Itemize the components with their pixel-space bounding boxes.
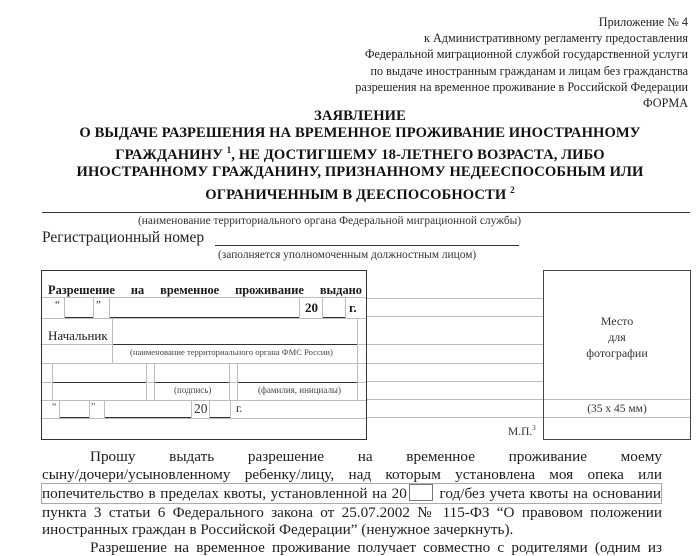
title-text: , НЕ ДОСТИГШЕМУ 18-ЛЕТНЕГО ВОЗРАСТА, ЛИБ…: [231, 147, 604, 163]
registration-number-field[interactable]: [215, 245, 519, 246]
stamp-month-field[interactable]: [105, 401, 191, 418]
year-suffix: г.: [349, 300, 357, 316]
close-quote: ”: [96, 299, 101, 311]
year-prefix: 20: [194, 401, 208, 417]
photo-caption-line: фотографии: [544, 345, 690, 361]
para-line: иностранных граждан в Российской Федерац…: [42, 521, 662, 539]
appendix-line: Приложение № 4: [355, 14, 688, 30]
grid-line: [345, 298, 346, 318]
chief-caption: (наименование территориального органа ФМ…: [130, 347, 333, 357]
signature-caption: (подпись): [174, 385, 211, 395]
appendix-line: по выдаче иностранным гражданам и лицам …: [355, 63, 688, 79]
permit-year-field[interactable]: [323, 298, 345, 318]
title-text: ГРАЖДАНИНУ: [115, 147, 223, 163]
photo-caption-line: Место: [544, 313, 690, 329]
stamp-label: М.П.: [508, 426, 532, 438]
appendix-line: к Административному регламенту предостав…: [355, 30, 688, 46]
grid-line: [367, 417, 543, 418]
photo-caption-line: для: [544, 329, 690, 345]
appendix-line: разрешения на временное проживание в Рос…: [355, 79, 688, 95]
chief-authority-field[interactable]: [113, 319, 357, 343]
para-line: Разрешение на временное проживание получ…: [42, 539, 662, 556]
photo-caption: Место для фотографии: [544, 313, 690, 361]
grid-line: [367, 316, 543, 317]
registration-caption: (заполняется уполномоченным должностным …: [218, 249, 476, 261]
field-underline: [238, 382, 357, 383]
quota-year-field[interactable]: [409, 484, 433, 501]
footnote-ref: 3: [532, 424, 536, 432]
document-title: ЗАЯВЛЕНИЕ О ВЫДАЧЕ РАЗРЕШЕНИЯ НА ВРЕМЕНН…: [30, 108, 690, 204]
grid-line: [42, 418, 366, 419]
grid-line: [191, 400, 192, 418]
title-line: ГРАЖДАНИНУ 1, НЕ ДОСТИГШЕМУ 18-ЛЕТНЕГО В…: [30, 142, 690, 164]
heading-word: на: [131, 283, 144, 298]
authority-caption: (наименование территориального органа Фе…: [138, 215, 521, 227]
heading-word: проживание: [235, 283, 304, 298]
grid-line: [299, 298, 300, 318]
grid-line: [230, 400, 231, 418]
signature-field[interactable]: [155, 364, 229, 382]
grid-line: [93, 298, 94, 318]
para-text: год/без учета квоты на основании: [439, 485, 661, 502]
grid-line: [367, 399, 543, 400]
permit-month-field[interactable]: [110, 298, 299, 318]
grid-line: [367, 363, 543, 364]
permit-day-field[interactable]: [65, 298, 93, 318]
title-line: О ВЫДАЧЕ РАЗРЕШЕНИЯ НА ВРЕМЕННОЕ ПРОЖИВА…: [30, 125, 690, 142]
field-underline: [113, 344, 357, 345]
title-line: ОГРАНИЧЕННЫМ В ДЕЕСПОСОБНОСТИ 2: [30, 182, 690, 204]
para-line: сыну/дочери/усыновленному ребенку/лицу, …: [42, 466, 662, 484]
stamp-place-label: М.П.3: [508, 424, 536, 438]
close-quote: ”: [91, 402, 95, 413]
heading-word: выдано: [320, 283, 362, 298]
stamp-day-field[interactable]: [60, 401, 89, 418]
grid-line: [367, 344, 543, 345]
grid-line: [544, 399, 690, 400]
title-line: ЗАЯВЛЕНИЕ: [30, 108, 690, 125]
field-underline: [155, 382, 229, 383]
open-quote: “: [52, 402, 56, 413]
appendix-line: Федеральной миграционной службой государ…: [355, 46, 688, 62]
para-line: пункта 3 статьи 6 Федерального закона от…: [42, 504, 662, 522]
field-underline: [53, 382, 146, 383]
grid-line: [367, 381, 543, 382]
authority-field[interactable]: [42, 212, 690, 213]
year-suffix: г.: [236, 403, 242, 415]
year-prefix: 20: [305, 300, 318, 316]
chief-label: Начальник: [48, 328, 108, 344]
footnote-ref: 2: [510, 185, 515, 195]
application-paragraph: Прошу выдать разрешение на временное про…: [42, 448, 662, 556]
title-text: ОГРАНИЧЕННЫМ В ДЕЕСПОСОБНОСТИ: [205, 187, 506, 203]
open-quote: “: [55, 299, 60, 311]
grid-line: [89, 400, 90, 418]
full-name-field[interactable]: [238, 364, 357, 382]
permit-heading: Разрешение на временное проживание выдан…: [48, 283, 362, 298]
grid-line: [146, 363, 147, 400]
appendix-header: Приложение № 4 к Административному регла…: [355, 14, 688, 111]
name-caption: (фамилия, инициалы): [258, 385, 341, 395]
para-line: Прошу выдать разрешение на временное про…: [42, 448, 662, 466]
signature-date-field[interactable]: [53, 364, 146, 382]
quota-line: попечительство в пределах квоты, установ…: [41, 483, 662, 504]
title-line: ИНОСТРАННОМУ ГРАЖДАНИНУ, ПРИЗНАННОМУ НЕД…: [30, 164, 690, 181]
registration-label: Регистрационный номер: [42, 229, 204, 247]
grid-line: [367, 298, 543, 299]
heading-word: Разрешение: [48, 283, 115, 298]
stamp-year-field[interactable]: [210, 401, 230, 418]
grid-line: [544, 417, 690, 418]
heading-word: временное: [160, 283, 219, 298]
grid-line: [229, 363, 230, 400]
photo-size: (35 х 45 мм): [544, 403, 690, 415]
para-text: попечительство в пределах квоты, установ…: [42, 485, 407, 502]
grid-line: [357, 318, 358, 400]
